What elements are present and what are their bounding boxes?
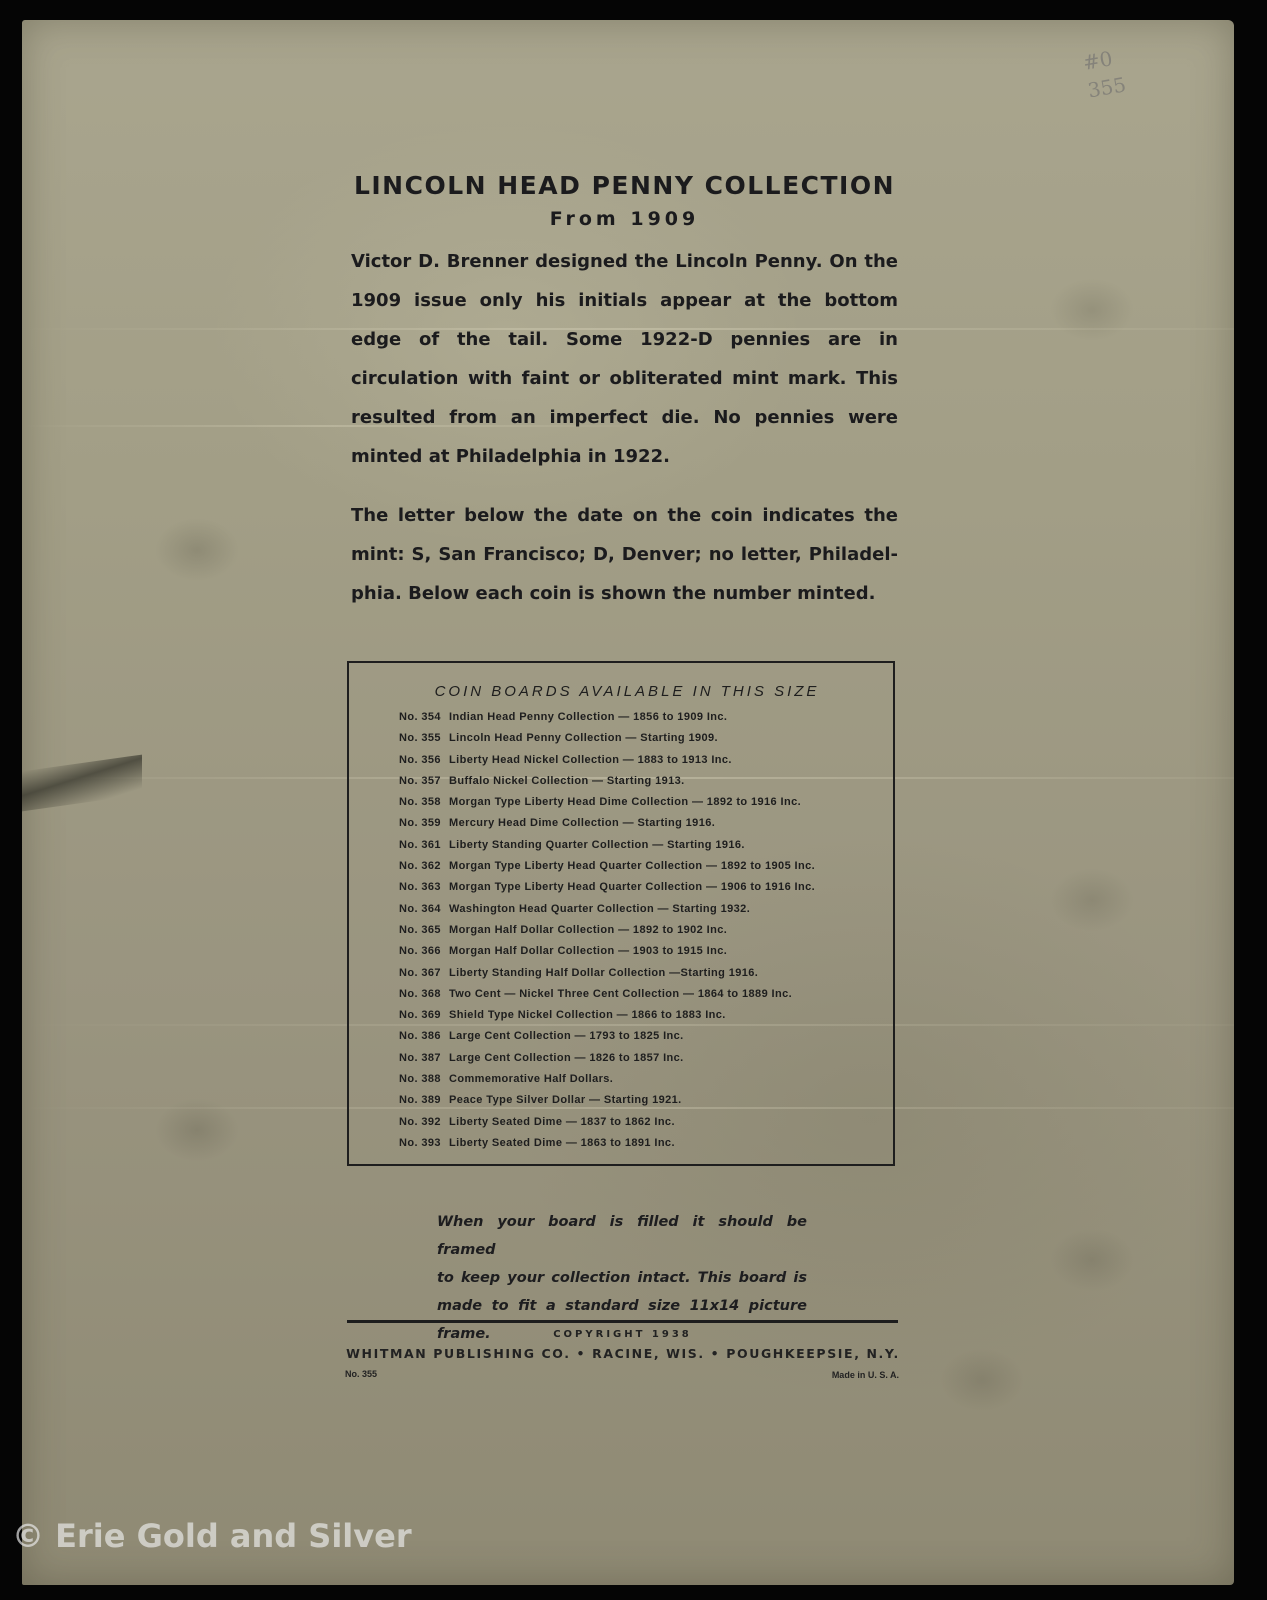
board-description: Two Cent — Nickel Three Cent Collection … — [449, 988, 792, 1000]
list-item: No. 365Morgan Half Dollar Collection — 1… — [399, 920, 893, 941]
copyright-watermark: © Erie Gold and Silver — [12, 1517, 412, 1555]
board-number: No. 364 — [399, 899, 449, 920]
made-in-label: Made in U. S. A. — [832, 1370, 899, 1380]
scanned-document: #0 355 LINCOLN HEAD PENNY COLLECTION Fro… — [0, 0, 1267, 1600]
board-description: Liberty Seated Dime — 1837 to 1862 Inc. — [449, 1116, 675, 1128]
list-item: No. 367Liberty Standing Half Dollar Coll… — [399, 963, 893, 984]
list-item: No. 361Liberty Standing Quarter Collecti… — [399, 835, 893, 856]
board-description: Liberty Standing Quarter Collection — St… — [449, 839, 745, 851]
list-item: No. 362Morgan Type Liberty Head Quarter … — [399, 856, 893, 877]
board-description: Mercury Head Dime Collection — Starting … — [449, 817, 715, 829]
board-number: No. 362 — [399, 856, 449, 877]
board-description: Large Cent Collection — 1793 to 1825 Inc… — [449, 1030, 684, 1042]
board-description: Morgan Type Liberty Head Quarter Collect… — [449, 860, 815, 872]
coin-boards-list: No. 354Indian Head Penny Collection — 18… — [349, 707, 893, 1154]
board-number: No. 386 — [399, 1026, 449, 1047]
board-description: Liberty Seated Dime — 1863 to 1891 Inc. — [449, 1137, 675, 1149]
board-description: Buffalo Nickel Collection — Starting 191… — [449, 775, 685, 787]
board-number: No. 367 — [399, 963, 449, 984]
list-item: No. 364Washington Head Quarter Collectio… — [399, 899, 893, 920]
list-item: No. 357Buffalo Nickel Collection — Start… — [399, 771, 893, 792]
board-description: Morgan Type Liberty Head Quarter Collect… — [449, 881, 815, 893]
list-item: No. 359Mercury Head Dime Collection — St… — [399, 813, 893, 834]
coin-boards-box: COIN BOARDS AVAILABLE IN THIS SIZE No. 3… — [347, 661, 895, 1166]
list-item: No. 393Liberty Seated Dime — 1863 to 189… — [399, 1133, 893, 1154]
board-number: No. 369 — [399, 1005, 449, 1026]
board-number: No. 392 — [399, 1112, 449, 1133]
list-item: No. 386Large Cent Collection — 1793 to 1… — [399, 1026, 893, 1047]
list-item: No. 356Liberty Head Nickel Collection — … — [399, 750, 893, 771]
board-number: No. 357 — [399, 771, 449, 792]
framing-note-line: When your board is filled it should be f… — [437, 1208, 807, 1264]
list-item: No. 387Large Cent Collection — 1826 to 1… — [399, 1048, 893, 1069]
board-number: No. 361 — [399, 835, 449, 856]
footer-divider — [347, 1320, 898, 1323]
main-text-block: LINCOLN HEAD PENNY COLLECTION From 1909 … — [351, 168, 898, 613]
board-description: Liberty Head Nickel Collection — 1883 to… — [449, 754, 732, 766]
board-number: No. 358 — [399, 792, 449, 813]
list-item: No. 363Morgan Type Liberty Head Quarter … — [399, 877, 893, 898]
mint-mark-paragraph: The letter below the date on the coin in… — [351, 496, 898, 613]
copyright-notice: COPYRIGHT 1938 — [347, 1328, 898, 1342]
page-title: LINCOLN HEAD PENNY COLLECTION — [351, 168, 898, 204]
board-number: No. 388 — [399, 1069, 449, 1090]
page-subtitle: From 1909 — [351, 206, 898, 232]
board-number-label: No. 355 — [345, 1369, 377, 1379]
board-number: No. 354 — [399, 707, 449, 728]
board-number: No. 387 — [399, 1048, 449, 1069]
board-number: No. 359 — [399, 813, 449, 834]
list-item: No. 392Liberty Seated Dime — 1837 to 186… — [399, 1112, 893, 1133]
board-description: Commemorative Half Dollars. — [449, 1073, 613, 1085]
board-number: No. 365 — [399, 920, 449, 941]
board-number: No. 355 — [399, 728, 449, 749]
list-item: No. 355Lincoln Head Penny Collection — S… — [399, 728, 893, 749]
list-item: No. 366Morgan Half Dollar Collection — 1… — [399, 941, 893, 962]
board-number: No. 356 — [399, 750, 449, 771]
board-number: No. 366 — [399, 941, 449, 962]
board-description: Liberty Standing Half Dollar Collection … — [449, 967, 758, 979]
list-item: No. 389Peace Type Silver Dollar — Starti… — [399, 1090, 893, 1111]
board-description: Morgan Type Liberty Head Dime Collection… — [449, 796, 801, 808]
framing-note: When your board is filled it should be f… — [437, 1208, 807, 1348]
board-description: Morgan Half Dollar Collection — 1903 to … — [449, 945, 727, 957]
list-item: No. 368Two Cent — Nickel Three Cent Coll… — [399, 984, 893, 1005]
board-description: Morgan Half Dollar Collection — 1892 to … — [449, 924, 727, 936]
board-number: No. 393 — [399, 1133, 449, 1154]
list-item: No. 369Shield Type Nickel Collection — 1… — [399, 1005, 893, 1026]
list-item: No. 358Morgan Type Liberty Head Dime Col… — [399, 792, 893, 813]
board-description: Washington Head Quarter Collection — Sta… — [449, 903, 750, 915]
board-description: Large Cent Collection — 1826 to 1857 Inc… — [449, 1052, 684, 1064]
board-description: Indian Head Penny Collection — 1856 to 1… — [449, 711, 727, 723]
list-item: No. 354Indian Head Penny Collection — 18… — [399, 707, 893, 728]
board-number: No. 368 — [399, 984, 449, 1005]
board-number: No. 363 — [399, 877, 449, 898]
intro-paragraph: Victor D. Brenner designed the Lincoln P… — [351, 242, 898, 476]
framing-note-line: to keep your collection intact. This boa… — [437, 1264, 807, 1292]
board-description: Peace Type Silver Dollar — Starting 1921… — [449, 1094, 682, 1106]
coin-boards-heading: COIN BOARDS AVAILABLE IN THIS SIZE — [361, 683, 893, 701]
list-item: No. 388Commemorative Half Dollars. — [399, 1069, 893, 1090]
publisher-line: WHITMAN PUBLISHING CO. • RACINE, WIS. • … — [345, 1345, 901, 1363]
board-description: Shield Type Nickel Collection — 1866 to … — [449, 1009, 726, 1021]
board-description: Lincoln Head Penny Collection — Starting… — [449, 732, 718, 744]
board-number: No. 389 — [399, 1090, 449, 1111]
